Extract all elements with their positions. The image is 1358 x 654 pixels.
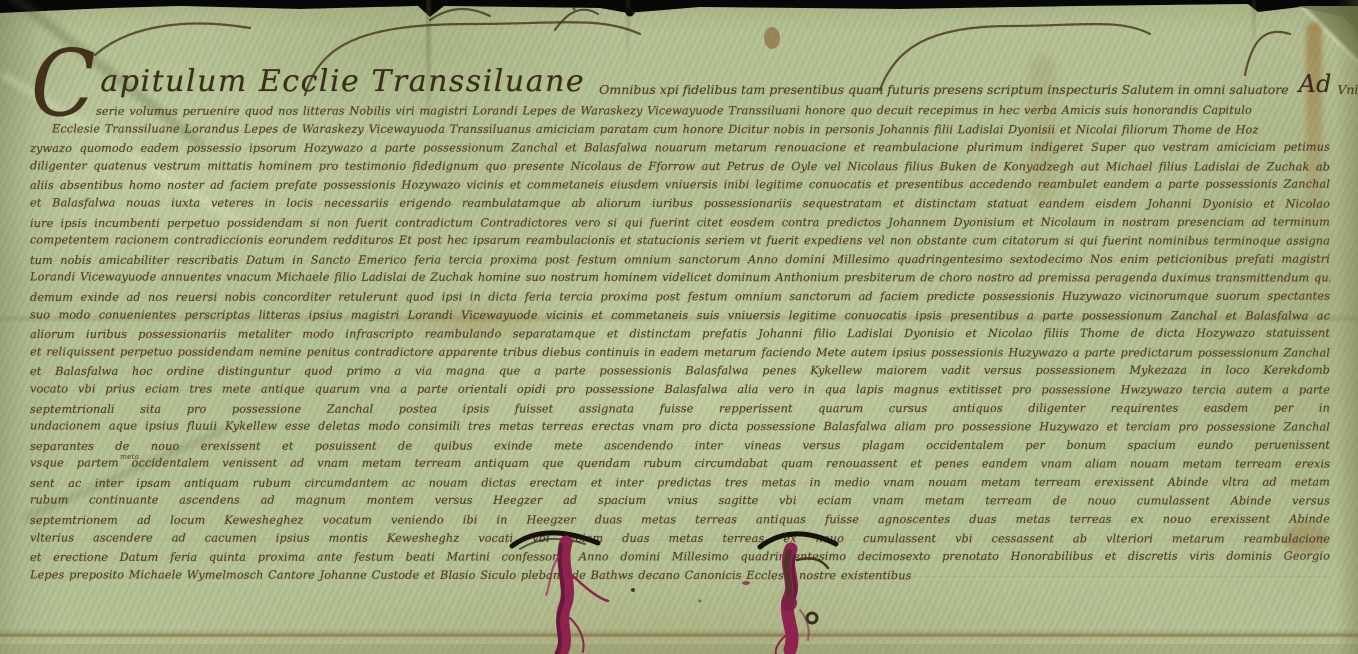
- interlinear-insertion: meta: [120, 452, 139, 461]
- text-block: serie volumus peruenire quod nos littera…: [30, 102, 1330, 588]
- manuscript-line: aliorum iuribus possessionariis metalite…: [30, 325, 1330, 345]
- manuscript-line: separantes de nouo erexissent et posuiss…: [30, 436, 1330, 456]
- charter-photograph: C apitulum Ecclie Transsiluane Omnibus x…: [0, 0, 1358, 654]
- manuscript-line: demum exinde ad nos reuersi nobis concor…: [30, 288, 1330, 308]
- manuscript-line: et Balasfalwa hoc ordine distinguntur qu…: [30, 362, 1330, 382]
- manuscript-line: et reliquissent perpetuo possidendam nem…: [30, 343, 1330, 363]
- manuscript-line: diligenter quatenus vestrum mittatis hom…: [30, 157, 1330, 177]
- manuscript-line: Ecclesie Transsiluane Lorandus Lepes de …: [30, 120, 1330, 140]
- manuscript-line: iure ipsis incumbenti perpetuo possidend…: [30, 213, 1330, 233]
- opening-tail: Vniuersorum noticiam harum: [1337, 48, 1358, 97]
- manuscript-line: Lorandi Vicewayuode annuentes vnacum Mic…: [30, 269, 1330, 289]
- manuscript-line: undacionem aque ipsius fluuii Kykellew e…: [30, 418, 1330, 438]
- manuscript-line: septemtrionali sita pro possessione Zanc…: [30, 399, 1330, 419]
- manuscript-line: et erectione Datum feria quinta proxima …: [30, 548, 1330, 568]
- manuscript-line: aliis absentibus homo noster ad faciem p…: [30, 176, 1330, 196]
- manuscript-line: vlterius ascendere ad cacumen ipsius mon…: [30, 529, 1330, 549]
- manuscript-line: rubum continuante ascendens ad magnum mo…: [30, 492, 1330, 512]
- manuscript-line: zywazo quomodo eadem possessio ipsorum H…: [30, 139, 1330, 159]
- manuscript-line: competentem racionem contradiccionis eor…: [30, 232, 1330, 252]
- manuscript-line: suo modo conuenientes perscriptas litter…: [30, 306, 1330, 326]
- manuscript-line: vocato vbi prius eciam tres mete antique…: [30, 380, 1330, 400]
- manuscript-line: tum nobis amicabiliter rescribatis Datum…: [30, 250, 1330, 270]
- opening-formula: Omnibus xpi fidelibus tam presentibus qu…: [599, 48, 1288, 97]
- manuscript-line: et Balasfalwa nouas iuxta veteres in loc…: [30, 194, 1330, 214]
- manuscript-line: septemtrionem ad locum Kewesheghez vocat…: [30, 511, 1330, 531]
- heading-words: apitulum Ecclie Transsiluane: [100, 48, 585, 99]
- manuscript-line: serie volumus peruenire quod nos littera…: [30, 102, 1330, 122]
- manuscript-line: vsque partem occidentalem venissent ad v…: [30, 455, 1330, 475]
- manuscript-line: sent ac inter ipsam antiquam rubum circu…: [30, 473, 1330, 493]
- opening-ad-initial: Ad: [1299, 48, 1332, 98]
- manuscript-line: Lepes preposito Michaele Wymelmosch Cant…: [30, 566, 1330, 586]
